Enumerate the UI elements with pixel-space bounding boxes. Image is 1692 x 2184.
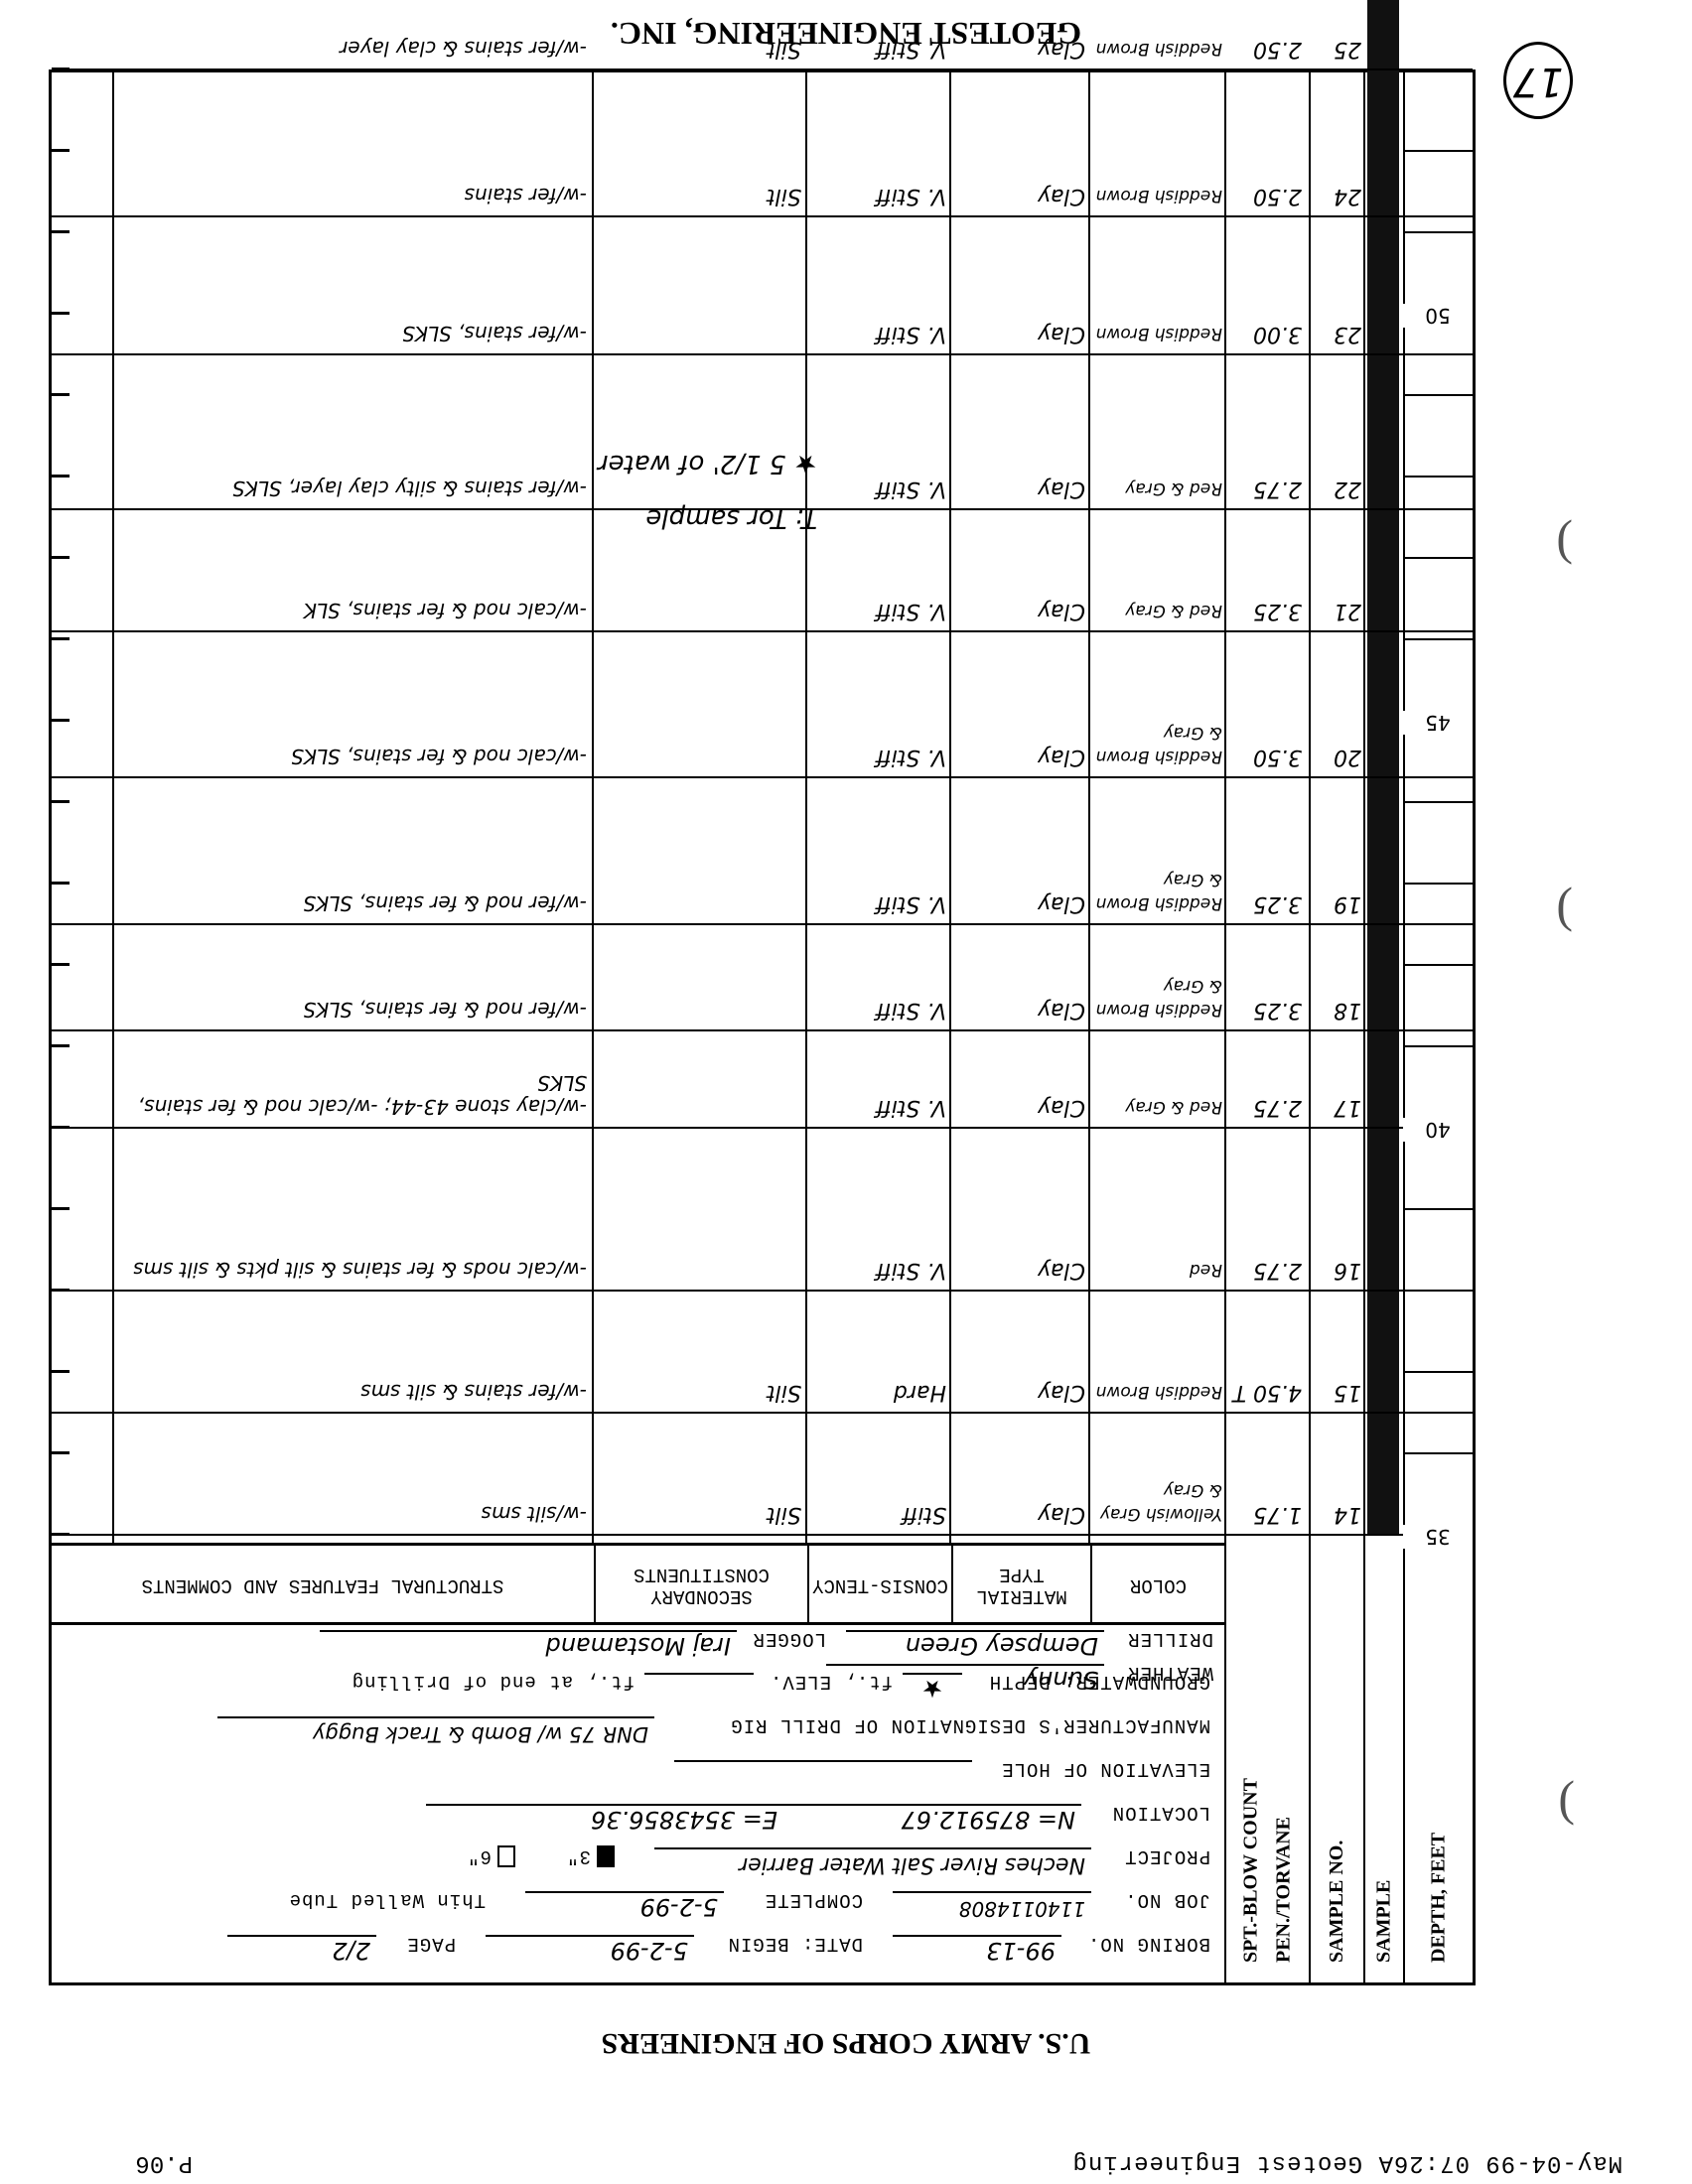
location-e-field[interactable]: E= 3543856.36	[426, 1804, 783, 1834]
secondary-cell: Silt	[603, 37, 801, 61]
boring-no-field[interactable]: 99-13	[893, 1935, 1061, 1965]
color-cell: Red	[1091, 1258, 1222, 1282]
sample-number: 25	[1312, 37, 1361, 61]
depth-tick	[1403, 68, 1473, 70]
material-cell: Clay	[956, 998, 1085, 1022]
depth-tick	[1403, 394, 1473, 396]
weather-driller-block: WEATHER Sunny DRILLER Dempsey Green LOGG…	[60, 1628, 1213, 1690]
elevation-row: ELEVATION OF HOLE	[62, 1752, 1210, 1786]
material-cell: Clay	[956, 599, 1085, 622]
depth-label: DEPTH, FEET	[1428, 1833, 1451, 1963]
location-n-field[interactable]: N= 875912.67	[783, 1804, 1081, 1834]
elevation-label: ELEVATION OF HOLE	[1001, 1758, 1210, 1780]
pen-value: 2.75	[1226, 1258, 1302, 1282]
sample-row: 242.50Reddish BrownClayV. StiffSilt-w/fe…	[52, 68, 1473, 217]
depth-tick	[1403, 557, 1473, 559]
boring-log-page: May-04-99 07:26A Geotest Engineering P.0…	[0, 0, 1692, 2184]
sample-row: 222.75Red & GrayClayV. Stiff-w/fer stain…	[52, 353, 1473, 510]
color-cell: Reddish Brown	[1091, 322, 1222, 345]
color-cell: Red & Gray	[1091, 599, 1222, 622]
pen-value: 2.50	[1226, 184, 1302, 207]
pen-value: 3.25	[1226, 599, 1302, 622]
comments-cell: -w/fer stains & silt sms	[120, 1380, 587, 1404]
rig-field[interactable]: DNR 75 w/ Bomb & Track Buggy	[217, 1716, 654, 1746]
material-cell: Clay	[956, 477, 1085, 500]
depth-tick	[1403, 638, 1473, 640]
pen-value: 2.50	[1226, 37, 1302, 61]
sample-row: 154.50 TReddish BrownClayHardSilt-w/fer …	[52, 1290, 1473, 1414]
sample-row: 233.00Reddish BrownClayV. Stiff-w/fer st…	[52, 215, 1473, 355]
color-cell: Reddish Brown & Gray	[1091, 721, 1222, 768]
logger-label: LOGGER	[753, 1628, 826, 1650]
sample-number: 14	[1312, 1502, 1361, 1526]
sample-number: 18	[1312, 998, 1361, 1022]
comments-cell: -w/fer stains & clay layer	[120, 37, 587, 61]
sample-row: 193.25Reddish Brown & GrayClayV. Stiff-w…	[52, 776, 1473, 925]
color-cell: Reddish Brown	[1091, 37, 1222, 61]
depth-label: 50	[1403, 304, 1473, 328]
color-cell: Yellowish Gray & Gray	[1091, 1478, 1222, 1526]
consistency-cell: V. Stiff	[807, 1258, 946, 1282]
material-heading: MATERIAL TYPE	[951, 1546, 1090, 1625]
secondary-cell: Silt	[603, 1380, 801, 1404]
tube-label: Thin Walled Tube	[289, 1889, 486, 1911]
depth-label: 45	[1403, 711, 1473, 735]
comments-cell: -w/calc nod & fer stains, SLKS	[120, 745, 587, 768]
date-begin-field[interactable]: 5-2-99	[486, 1935, 694, 1965]
secondary-cell: Silt	[603, 1502, 801, 1526]
margin-mark: )	[1558, 1779, 1575, 1837]
material-cell: Clay	[956, 745, 1085, 768]
color-cell: Red & Gray	[1091, 1095, 1222, 1119]
consistency-cell: V. Stiff	[807, 37, 946, 61]
boring-no-label: BORING NO.	[1087, 1933, 1210, 1955]
comments-cell: -w/fer stains, SLKS	[120, 322, 587, 345]
depth-tick	[1403, 1208, 1473, 1210]
comments-cell: -w/silt sms	[120, 1502, 587, 1526]
page-label: PAGE	[406, 1933, 456, 1955]
margin-mark: )	[1556, 518, 1573, 576]
log-form: DEPTH, FEET SAMPLE SAMPLE NO. PEN./TORVA…	[49, 69, 1476, 1985]
complete-label: COMPLETE	[765, 1889, 863, 1911]
pen-value: 3.25	[1226, 891, 1302, 915]
depth-tick	[1403, 231, 1473, 233]
page-field[interactable]: 2/2	[227, 1935, 376, 1965]
depth-tick	[1403, 150, 1473, 152]
job-row: JOB NO. 1140114808 COMPLETE 5-2-99 Thin …	[62, 1883, 1210, 1917]
consistency-cell: V. Stiff	[807, 745, 946, 768]
material-cell: Clay	[956, 1380, 1085, 1404]
fax-page-number: P.06	[135, 2149, 193, 2176]
pen-value: 3.25	[1226, 998, 1302, 1022]
consistency-cell: V. Stiff	[807, 599, 946, 622]
project-label: PROJECT	[1124, 1845, 1210, 1867]
tube-3in-option[interactable]: 3"	[566, 1845, 615, 1867]
consistency-cell: Hard	[807, 1380, 946, 1404]
consistency-cell: V. Stiff	[807, 477, 946, 500]
depth-tick	[1403, 801, 1473, 803]
sample-row: 203.50Reddish Brown & GrayClayV. Stiff-w…	[52, 630, 1473, 779]
consistency-cell: Stiff	[807, 1502, 946, 1526]
sample-number: 17	[1312, 1095, 1361, 1119]
fax-header: May-04-99 07:26A Geotest Engineering	[1072, 2149, 1622, 2176]
weather-label: WEATHER	[1127, 1662, 1213, 1684]
comments-cell: -w/calc nod & fer stains, SLK	[120, 599, 587, 622]
material-cell: Clay	[956, 1258, 1085, 1282]
organization-title: U.S. ARMY CORPS OF ENGINEERS	[0, 2026, 1692, 2060]
job-no-label: JOB NO.	[1124, 1889, 1210, 1911]
secondary-heading: SECONDARY CONSTITUENTS	[594, 1546, 807, 1625]
material-cell: Clay	[956, 1502, 1085, 1526]
comments-cell: -w/clay stone 43-44; -w/calc nod & fer s…	[120, 1071, 587, 1119]
tube-6in-option[interactable]: 6"	[467, 1845, 515, 1867]
sample-number: 23	[1312, 322, 1361, 345]
page-mark: 17	[1503, 42, 1573, 119]
sample-number: 21	[1312, 599, 1361, 622]
consistency-cell: V. Stiff	[807, 184, 946, 207]
color-cell: Reddish Brown	[1091, 184, 1222, 207]
weather-field[interactable]: Sunny	[826, 1664, 1104, 1694]
sample-row: 183.25Reddish Brown & GrayClayV. Stiff-w…	[52, 923, 1473, 1031]
driller-field[interactable]: Dempsey Green	[846, 1630, 1104, 1660]
comments-cell: -w/fer nod & fer stains, SLKS	[120, 998, 587, 1022]
consistency-heading: CONSIS-TENCY	[807, 1546, 951, 1625]
sample-number: 19	[1312, 891, 1361, 915]
location-row: LOCATION N= 875912.67 E= 3543856.36	[62, 1796, 1210, 1830]
rig-row: MANUFACTURER'S DESIGNATION OF DRILL RIG …	[62, 1708, 1210, 1742]
pen-value: 4.50 T	[1226, 1380, 1302, 1404]
comments-cell: -w/fer stains	[120, 184, 587, 207]
color-cell: Red & Gray	[1091, 477, 1222, 500]
logger-field[interactable]: Iraj Mostamand	[320, 1630, 737, 1660]
color-cell: Reddish Brown	[1091, 1380, 1222, 1404]
depth-tick	[1403, 964, 1473, 966]
comments-cell: -w/fer stains & silty clay layer, SLKS	[120, 477, 587, 500]
sample-row: 141.75Yellowish Gray & GrayClayStiffSilt…	[52, 1412, 1473, 1536]
complete-field[interactable]: 5-2-99	[525, 1891, 724, 1921]
comments-cell: -w/calc nods & fer stains & silt pkts & …	[120, 1258, 587, 1282]
pen-value: 2.75	[1226, 1095, 1302, 1119]
depth-label: 35	[1403, 1525, 1473, 1549]
depth-label: 40	[1403, 1118, 1473, 1142]
note-water: ★ 5 1/2' of water	[598, 449, 817, 478]
consistency-cell: V. Stiff	[807, 891, 946, 915]
boring-row: BORING NO. 99-13 DATE: BEGIN 5-2-99 PAGE…	[62, 1927, 1210, 1961]
material-cell: Clay	[956, 891, 1085, 915]
sample-number: 24	[1312, 184, 1361, 207]
sample-number: 16	[1312, 1258, 1361, 1282]
project-row: PROJECT Neches River Salt Water Barrier …	[62, 1840, 1210, 1873]
depth-tick	[1403, 1371, 1473, 1373]
comments-cell: -w/fer nod & fer stains, SLKS	[120, 891, 587, 915]
consistency-cell: V. Stiff	[807, 1095, 946, 1119]
rig-label: MANUFACTURER'S DESIGNATION OF DRILL RIG	[730, 1714, 1210, 1736]
job-no-field[interactable]: 1140114808	[893, 1891, 1091, 1921]
material-cell: Clay	[956, 322, 1085, 345]
depth-tick	[1403, 1452, 1473, 1454]
spt-label: SPT.-BLOW COUNT	[1239, 1778, 1262, 1963]
elevation-field[interactable]	[674, 1760, 972, 1790]
consistency-cell: V. Stiff	[807, 998, 946, 1022]
color-cell: Reddish Brown & Gray	[1091, 868, 1222, 915]
depth-tick	[1403, 883, 1473, 885]
column-headings: COLOR MATERIAL TYPE CONSIS-TENCY SECONDA…	[52, 1543, 1224, 1625]
material-cell: Clay	[956, 1095, 1085, 1119]
depth-tick	[1403, 476, 1473, 478]
sample-number: 20	[1312, 745, 1361, 768]
pen-label: PEN./TORVANE	[1273, 1817, 1296, 1963]
location-label: LOCATION	[1112, 1802, 1210, 1824]
color-cell: Reddish Brown & Gray	[1091, 974, 1222, 1022]
color-heading: COLOR	[1090, 1546, 1224, 1625]
material-cell: Clay	[956, 184, 1085, 207]
sample-number: 15	[1312, 1380, 1361, 1404]
pen-value: 3.50	[1226, 745, 1302, 768]
sample-row: 252.50Reddish BrownClayV. StiffSilt-w/fe…	[52, 0, 1473, 70]
secondary-cell: Silt	[603, 184, 801, 207]
pen-value: 3.00	[1226, 322, 1302, 345]
log-grid: 141.75Yellowish Gray & GrayClayStiffSilt…	[52, 72, 1473, 1546]
date-begin-label: DATE: BEGIN	[728, 1933, 863, 1955]
depth-tick	[1403, 1290, 1473, 1292]
sample-row: 172.75Red & GrayClayV. Stiff-w/clay ston…	[52, 1029, 1473, 1129]
material-cell: Clay	[956, 37, 1085, 61]
driller-label: DRILLER	[1127, 1628, 1213, 1650]
structural-heading: STRUCTURAL FEATURES AND COMMENTS	[52, 1546, 594, 1625]
sample-row: 162.75RedClayV. Stiff-w/calc nods & fer …	[52, 1127, 1473, 1292]
sample-label: SAMPLE	[1373, 1880, 1396, 1963]
pen-value: 2.75	[1226, 477, 1302, 500]
consistency-cell: V. Stiff	[807, 322, 946, 345]
note-tor-sample: T: Tor sample	[645, 503, 817, 533]
sample-no-label: SAMPLE NO.	[1326, 1841, 1348, 1963]
depth-tick	[1403, 1045, 1473, 1047]
pen-value: 1.75	[1226, 1502, 1302, 1526]
project-field[interactable]: Neches River Salt Water Barrier	[654, 1847, 1091, 1877]
margin-mark: )	[1556, 886, 1573, 943]
sample-number: 22	[1312, 477, 1361, 500]
